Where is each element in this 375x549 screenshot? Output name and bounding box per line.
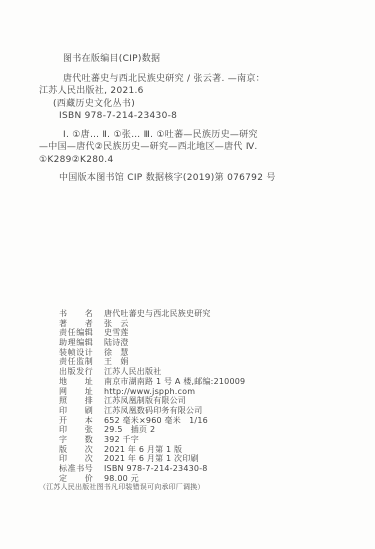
colophon-row: 开本652 毫米×960 毫米 1/16 [59, 416, 349, 426]
cip-book-line: 唐代吐蕃史与西北民族史研究 / 张云著. —南京： [63, 73, 341, 86]
row-value: 29.5 插页 2 [104, 425, 155, 435]
row-label: 字数 [59, 435, 93, 445]
row-value: 张 云 [104, 319, 129, 329]
colophon-row: 定价98.00 元 [59, 474, 349, 484]
colophon-row: 书名唐代吐蕃史与西北民族史研究 [59, 309, 349, 319]
row-value: 392 千字 [104, 435, 139, 445]
row-label: 印刷 [59, 406, 93, 416]
row-label: 网址 [59, 387, 93, 397]
colophon-row: 责任编辑史雪莲 [59, 328, 349, 338]
copyright-page: 图书在版编目(CIP)数据 唐代吐蕃史与西北民族史研究 / 张云著. —南京： … [0, 0, 375, 549]
cip-series-line: (西藏历史文化丛书) [53, 98, 341, 111]
row-value: 2021 年 6 月第 1 版 [104, 445, 182, 455]
colophon-row: 装帧设计徐 慧 [59, 348, 349, 358]
row-value: ISBN 978-7-214-23430-8 [104, 464, 208, 474]
misprint-exchange-note: （江苏人民出版社图书凡印装错误可向承印厂调换） [39, 483, 205, 491]
cip-class-line: Ⅰ. ①唐… Ⅱ. ①张… Ⅲ. ①吐蕃—民族历史—研究 [63, 129, 341, 142]
cip-class-line: —中国—唐代②民族历史—研究—西北地区—唐代 Ⅳ. [39, 141, 341, 154]
row-value: 南京市湖南路 1 号 A 楼,邮编:210009 [104, 377, 245, 387]
row-value: 98.00 元 [104, 474, 139, 484]
row-value: 652 毫米×960 毫米 1/16 [104, 416, 208, 426]
row-value: 江苏凤凰数码印务有限公司 [104, 406, 202, 416]
row-value: 王 娟 [104, 357, 129, 367]
colophon-row: 印张29.5 插页 2 [59, 425, 349, 435]
cip-class-line: ①K289②K280.4 [39, 154, 341, 167]
row-value: 史雪莲 [104, 328, 129, 338]
row-label: 印张 [59, 425, 93, 435]
row-value: 徐 慧 [104, 348, 129, 358]
row-value: http://www.jspph.com [104, 387, 195, 397]
row-value: 2021 年 6 月第 1 次印刷 [104, 454, 199, 464]
row-value: 江苏人民出版社 [104, 367, 161, 377]
colophon-row: 照排江苏凤凰制版有限公司 [59, 396, 349, 406]
row-value: 唐代吐蕃史与西北民族史研究 [104, 309, 211, 319]
row-label: 开本 [59, 416, 93, 426]
colophon-row: 地址南京市湖南路 1 号 A 楼,邮编:210009 [59, 377, 349, 387]
row-label: 责任监制 [59, 357, 93, 367]
row-label: 地址 [59, 377, 93, 387]
row-label: 版次 [59, 445, 93, 455]
colophon-row: 字数392 千字 [59, 435, 349, 445]
row-label: 助理编辑 [59, 338, 93, 348]
cip-isbn-line: ISBN 978-7-214-23430-8 [59, 110, 341, 123]
row-value: 陆诗澄 [104, 338, 129, 348]
row-label: 书名 [59, 309, 93, 319]
cip-title: 图书在版编目(CIP)数据 [63, 53, 341, 66]
row-label: 著者 [59, 319, 93, 329]
cip-publisher-line: 江苏人民出版社, 2021.6 [39, 85, 341, 98]
row-label: 定价 [59, 474, 93, 484]
row-value: 江苏凤凰制版有限公司 [104, 396, 186, 406]
colophon-row: 标准书号ISBN 978-7-214-23430-8 [59, 464, 349, 474]
colophon-row: 著者张 云 [59, 319, 349, 329]
colophon-row: 责任监制王 娟 [59, 357, 349, 367]
colophon-row: 助理编辑陆诗澄 [59, 338, 349, 348]
colophon-row: 出版发行江苏人民出版社 [59, 367, 349, 377]
row-label: 责任编辑 [59, 328, 93, 338]
colophon-row: 印次2021 年 6 月第 1 次印刷 [59, 454, 349, 464]
colophon-table: 书名唐代吐蕃史与西北民族史研究 著者张 云 责任编辑史雪莲 助理编辑陆诗澄 装帧… [59, 309, 349, 483]
row-label: 出版发行 [59, 367, 93, 377]
colophon-row: 印刷江苏凤凰数码印务有限公司 [59, 406, 349, 416]
row-label: 照排 [59, 396, 93, 406]
cip-record-number: 中国版本图书馆 CIP 数据核字(2019)第 076792 号 [59, 172, 341, 185]
row-label: 装帧设计 [59, 348, 93, 358]
row-label: 标准书号 [59, 464, 93, 474]
row-label: 印次 [59, 454, 93, 464]
cip-block: 图书在版编目(CIP)数据 唐代吐蕃史与西北民族史研究 / 张云著. —南京： … [39, 53, 341, 185]
colophon-row: 版次2021 年 6 月第 1 版 [59, 445, 349, 455]
colophon-row: 网址http://www.jspph.com [59, 387, 349, 397]
